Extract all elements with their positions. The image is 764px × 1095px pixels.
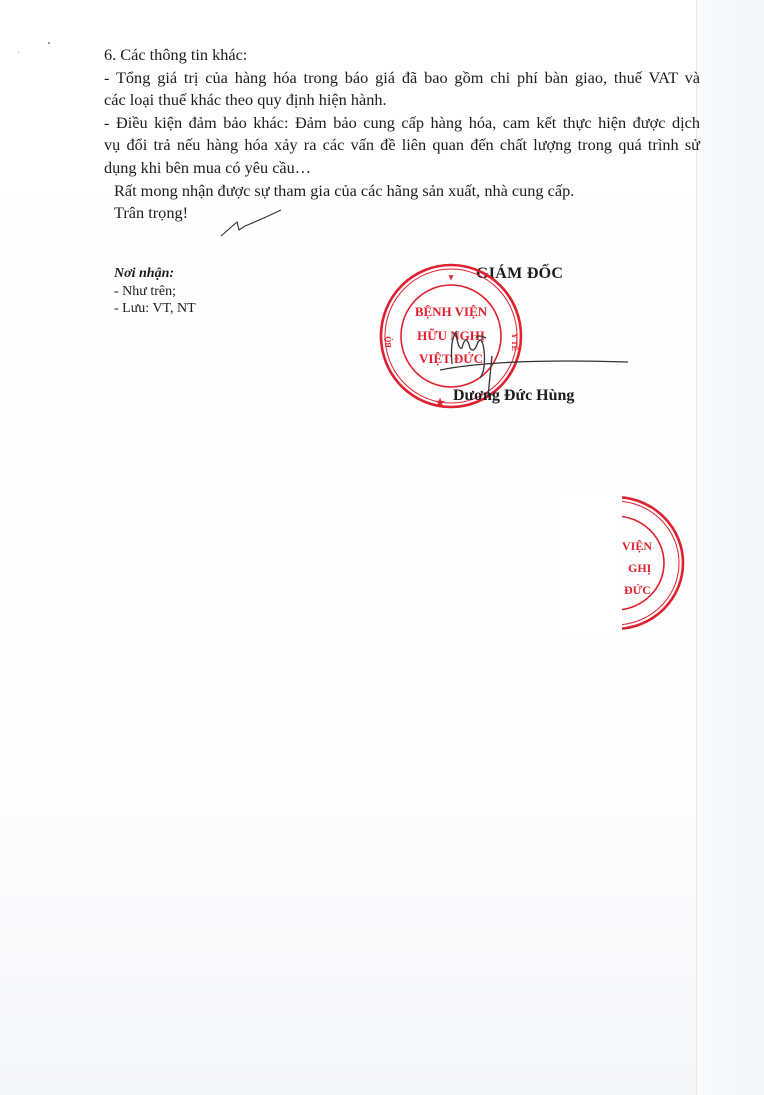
- paragraph-total-value-line-1: - Tổng giá trị của hàng hóa trong báo gi…: [104, 67, 700, 90]
- closing-line: Rất mong nhận được sự tham gia của các h…: [104, 180, 700, 203]
- paragraph-conditions-line-3: dụng khi bên mua có yêu cầu…: [104, 157, 700, 180]
- recipient-item: - Lưu: VT, NT: [114, 300, 196, 318]
- partial-stamp-line-1: VIỆN: [622, 539, 652, 553]
- partial-stamp-line-2: GHỊ: [628, 561, 652, 575]
- page-edge-shade: [697, 0, 764, 1095]
- initial-checkmark-icon: [215, 208, 285, 238]
- svg-text:▾: ▾: [448, 272, 454, 282]
- scan-speck: [48, 42, 50, 44]
- section-heading: 6. Các thông tin khác:: [104, 44, 700, 67]
- paragraph-conditions-line-1: - Điều kiện đảm bảo khác: Đảm bảo cung c…: [104, 112, 700, 135]
- recipients-block: Nơi nhận: - Như trên; - Lưu: VT, NT: [114, 265, 196, 318]
- partial-stamp: VIỆN GHỊ ĐỨC: [560, 492, 690, 634]
- signer-name: Dương Đức Hùng: [453, 387, 574, 405]
- stamp-ring-left: BỘ: [384, 336, 393, 348]
- partial-stamp-icon: VIỆN GHỊ ĐỨC: [560, 492, 690, 634]
- recipients-title: Nơi nhận:: [114, 265, 196, 283]
- partial-stamp-line-3: ĐỨC: [624, 583, 651, 597]
- paragraph-total-value-line-2: các loại thuế khác theo quy định hiện hà…: [104, 89, 700, 112]
- paragraph-conditions-line-2: vụ đổi trả nếu hàng hóa xảy ra các vấn đ…: [104, 134, 700, 157]
- regards-line: Trân trọng!: [104, 202, 700, 225]
- svg-text:★: ★: [435, 397, 445, 409]
- signature-icon: [440, 318, 640, 398]
- scan-speck: [18, 52, 19, 53]
- recipient-item: - Như trên;: [114, 283, 196, 301]
- stamp-line-1: BỆNH VIỆN: [415, 304, 488, 319]
- document-body: 6. Các thông tin khác: - Tổng giá trị củ…: [104, 44, 700, 225]
